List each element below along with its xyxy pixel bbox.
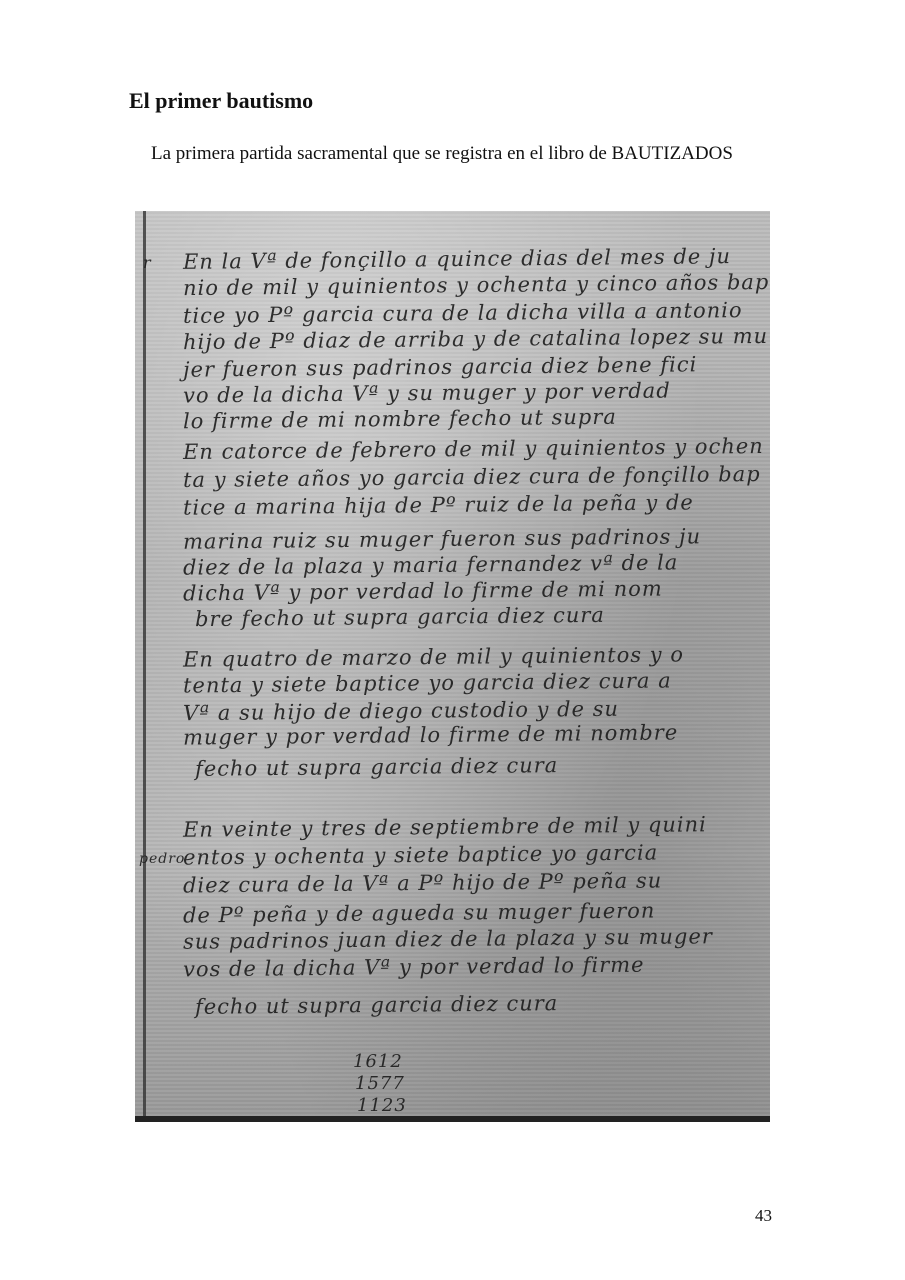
- manuscript-line: En veinte y tres de septiembre de mil y …: [183, 812, 707, 841]
- manuscript-line: vos de la dicha Vª y por verdad lo firme: [183, 953, 645, 982]
- manuscript-line: fecho ut supra garcia diez cura: [195, 991, 559, 1019]
- manuscript-line: tice yo Pº garcia cura de la dicha villa…: [183, 298, 743, 328]
- manuscript-line: lo firme de mi nombre fecho ut supra: [183, 405, 617, 434]
- manuscript-line: marina ruiz su muger fueron sus padrinos…: [183, 524, 701, 553]
- manuscript-line: dicha Vª y por verdad lo firme de mi nom: [183, 576, 663, 605]
- manuscript-line: vo de la dicha Vª y su muger y por verda…: [183, 378, 671, 407]
- manuscript-line: diez de la plaza y maria fernandez vª de…: [183, 550, 679, 579]
- margin-note: pedro: [139, 851, 185, 867]
- page-number: 43: [755, 1206, 772, 1226]
- manuscript-line: bre fecho ut supra garcia diez cura: [195, 603, 605, 631]
- manuscript-line: tice a marina hija de Pº ruiz de la peña…: [183, 490, 694, 519]
- manuscript-line: En quatro de marzo de mil y quinientos y…: [183, 642, 684, 671]
- manuscript-line: En catorce de febrero de mil y quiniento…: [183, 434, 764, 464]
- manuscript-image: En la Vª de fonçillo a quince dias del m…: [135, 211, 770, 1122]
- margin-note: r: [143, 253, 152, 272]
- manuscript-line: entos y ochenta y siete baptice yo garci…: [183, 841, 658, 870]
- archive-number: 1612: [353, 1051, 403, 1072]
- manuscript-line: En la Vª de fonçillo a quince dias del m…: [183, 244, 731, 274]
- manuscript-line: muger y por verdad lo firme de mi nombre: [183, 720, 678, 749]
- manuscript-line: fecho ut supra garcia diez cura: [195, 753, 559, 781]
- manuscript-line: ta y siete años yo garcia diez cura de f…: [183, 462, 761, 492]
- archive-number: 1123: [357, 1095, 407, 1116]
- manuscript-line: tenta y siete baptice yo garcia diez cur…: [183, 668, 672, 697]
- page-title: El primer bautismo: [129, 88, 313, 114]
- manuscript-line: nio de mil y quinientos y ochenta y cinc…: [183, 270, 770, 300]
- manuscript-line: hijo de Pº diaz de arriba y de catalina …: [183, 324, 768, 354]
- manuscript-line: diez cura de la Vª a Pº hijo de Pº peña …: [183, 868, 662, 897]
- intro-paragraph: La primera partida sacramental que se re…: [129, 142, 776, 166]
- manuscript-line: sus padrinos juan diez de la plaza y su …: [183, 924, 713, 954]
- archive-number: 1577: [355, 1073, 405, 1094]
- manuscript-line: de Pº peña y de agueda su muger fueron: [183, 899, 656, 928]
- manuscript-line: jer fueron sus padrinos garcia diez bene…: [183, 352, 697, 381]
